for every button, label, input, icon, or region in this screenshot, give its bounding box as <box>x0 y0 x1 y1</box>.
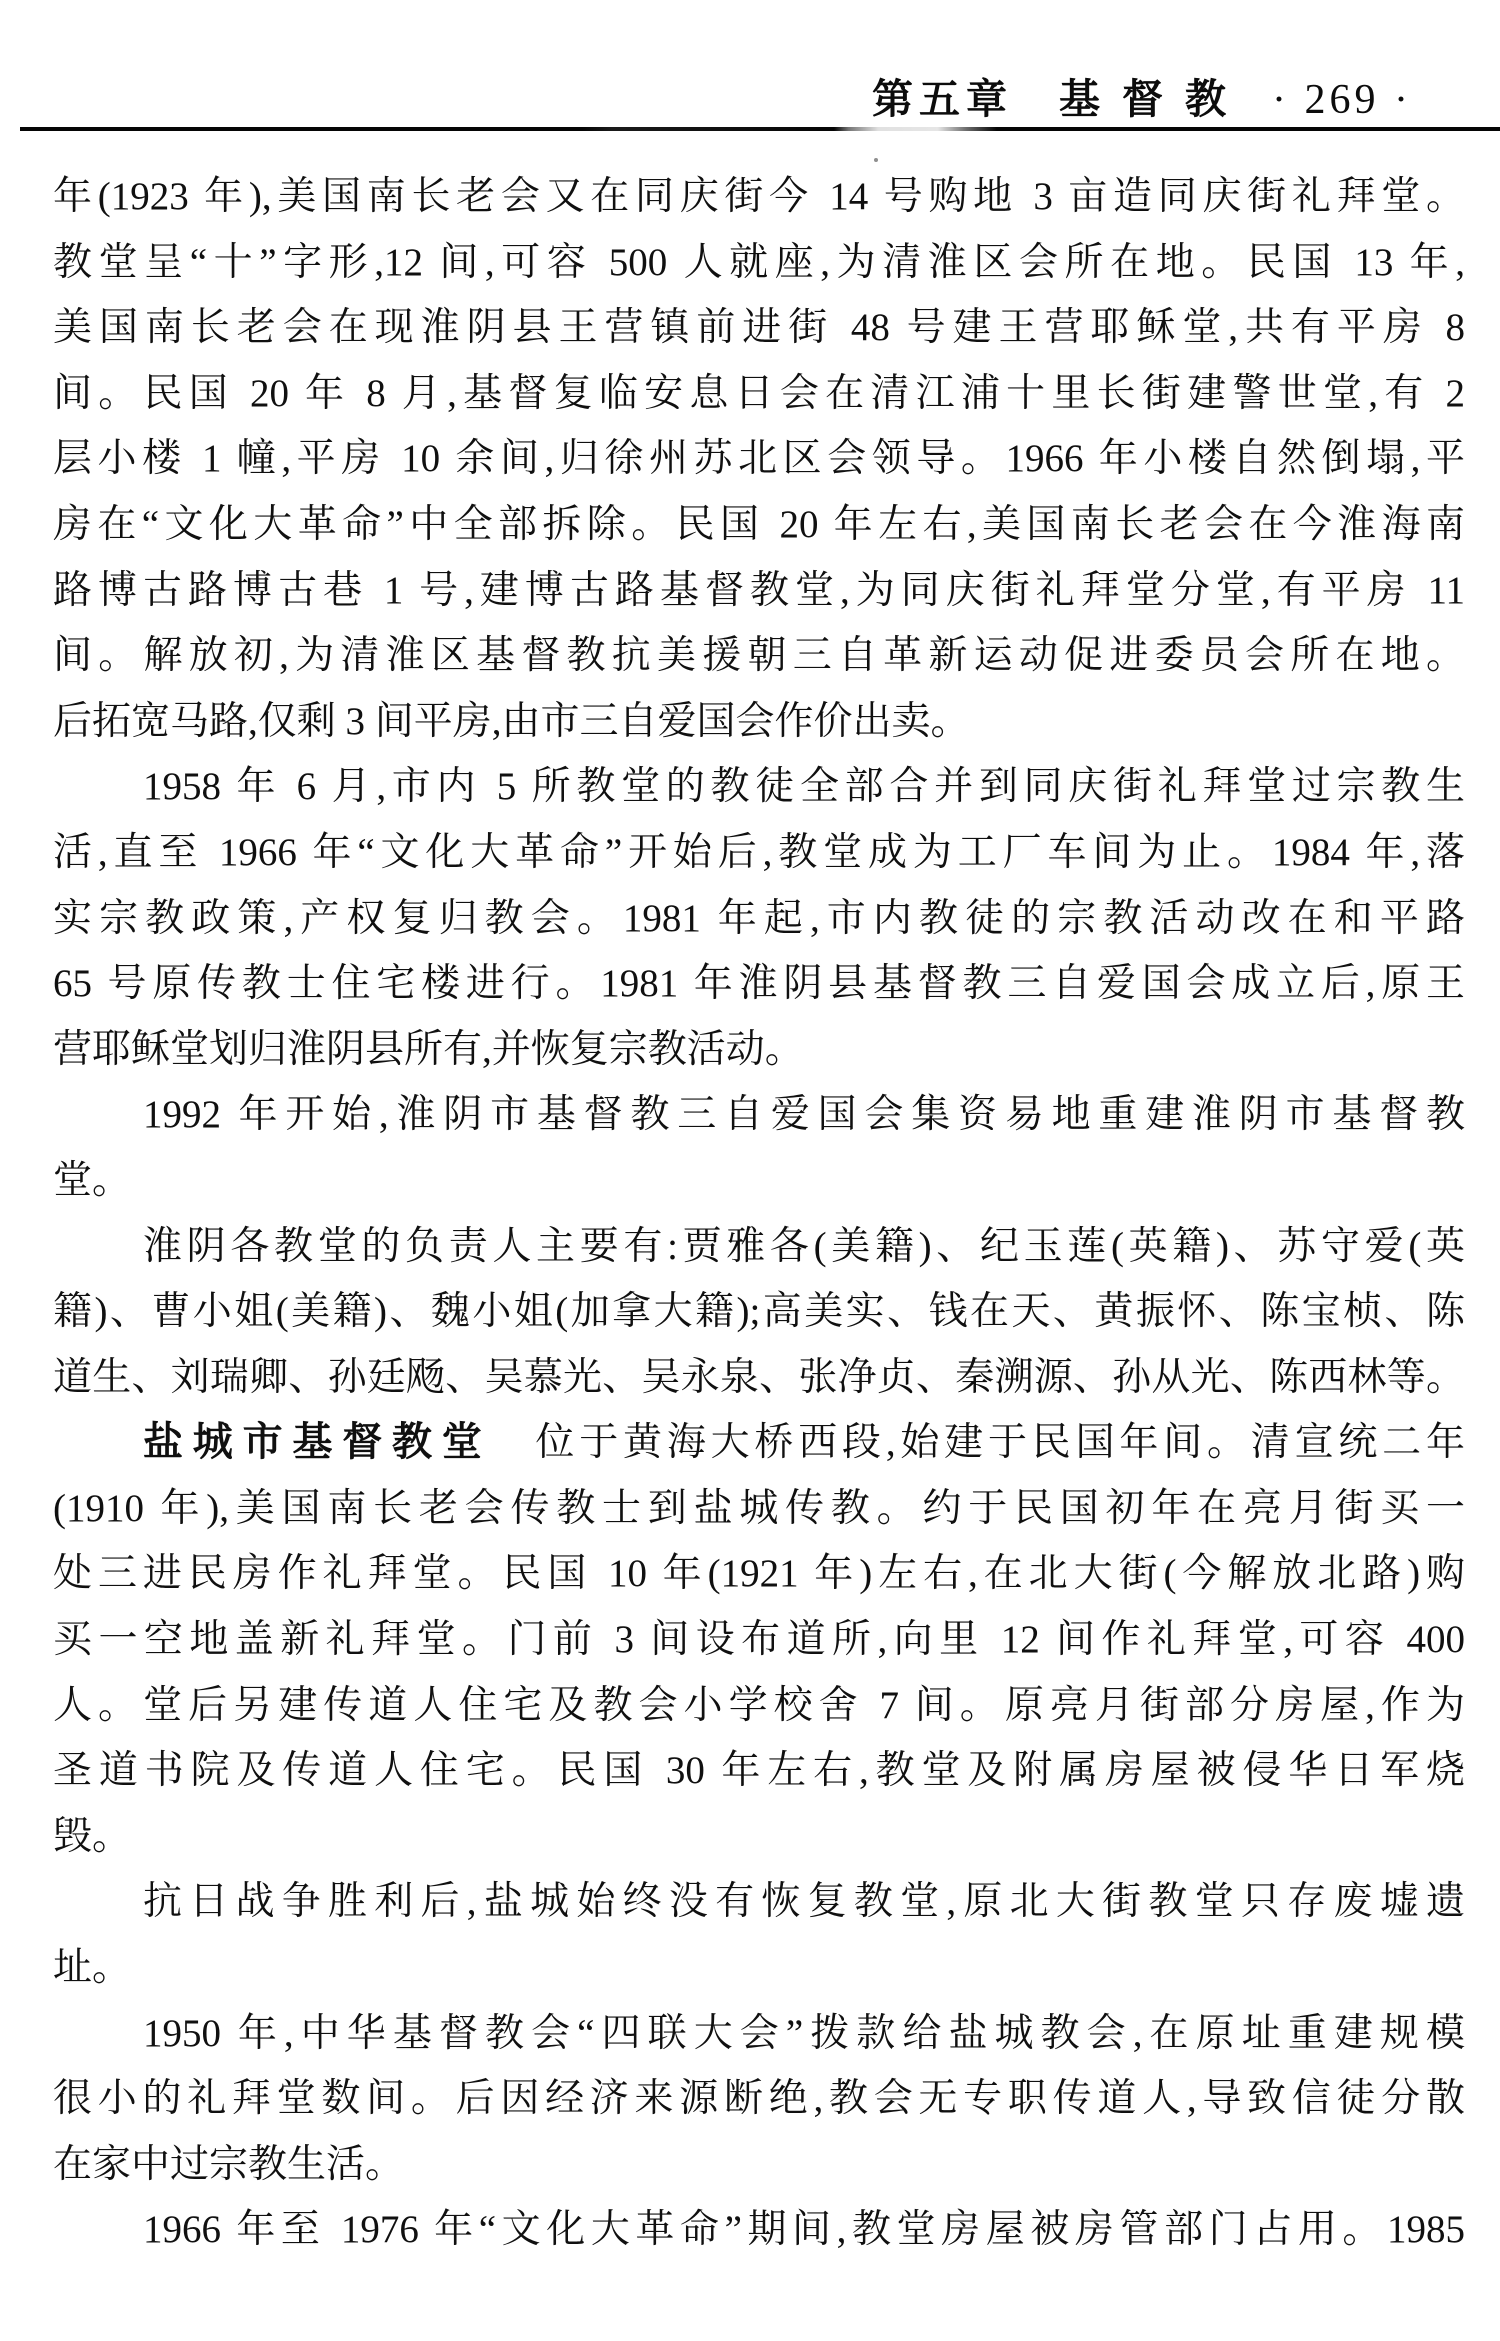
text-line: 人。堂后另建传道人住宅及教会小学校舍 7 间。原亮月街部分房屋,作为 <box>53 1673 1465 1739</box>
chapter-label: 第五章 <box>872 66 1013 125</box>
text-line: 活,直至 1966 年“文化大革命”开始后,教堂成为工厂车间为止。1984 年,… <box>53 820 1465 886</box>
text-line: 处三进民房作礼拜堂。民国 10 年(1921 年)左右,在北大街(今解放北路)购 <box>53 1541 1465 1607</box>
text-line: 间。民国 20 年 8 月,基督复临安息日会在清江浦十里长街建警世堂,有 2 <box>53 361 1465 427</box>
subsection-heading: 盐城市基督教堂 <box>143 1420 492 1464</box>
text-line: 层小楼 1 幢,平房 10 余间,归徐州苏北区会领导。1966 年小楼自然倒塌,… <box>53 426 1465 492</box>
text-line: 1992 年开始,淮阴市基督教三自爱国会集资易地重建淮阴市基督教 <box>53 1082 1465 1148</box>
text-line: 道生、刘瑞卿、孙廷飏、吴慕光、吴永泉、张净贞、秦溯源、孙从光、陈西林等。 <box>53 1345 1465 1411</box>
scan-speck <box>874 158 878 162</box>
text-line: 圣道书院及传道人住宅。民国 30 年左右,教堂及附属房屋被侵华日军烧 <box>53 1738 1465 1804</box>
text-line: 抗日战争胜利后,盐城始终没有恢复教堂,原北大街教堂只存废墟遗 <box>53 1869 1465 1935</box>
text-line: 1966 年至 1976 年“文化大革命”期间,教堂房屋被房管部门占用。1985 <box>53 2197 1465 2263</box>
text-line: 间。解放初,为清淮区基督教抗美援朝三自革新运动促进委员会所在地。 <box>53 623 1465 689</box>
text-line: 买一空地盖新礼拜堂。门前 3 间设布道所,向里 12 间作礼拜堂,可容 400 <box>53 1607 1465 1673</box>
text-line: 路博古路博古巷 1 号,建博古路基督教堂,为同庆街礼拜堂分堂,有平房 11 <box>53 558 1465 624</box>
text-line: 盐城市基督教堂 位于黄海大桥西段,始建于民国年间。清宣统二年 <box>53 1410 1465 1476</box>
text-line: 营耶稣堂划归淮阴县所有,并恢复宗教活动。 <box>53 1017 1465 1083</box>
text-line: 美国南长老会在现淮阴县王营镇前进街 48 号建王营耶稣堂,共有平房 8 <box>53 295 1465 361</box>
text-line: 堂。 <box>53 1148 1465 1214</box>
text-line: 实宗教政策,产权复归教会。1981 年起,市内教徒的宗教活动改在和平路 <box>53 886 1465 952</box>
text-run: 位于黄海大桥西段,始建于民国年间。清宣统二年 <box>492 1421 1465 1464</box>
text-line: 65 号原传教士住宅楼进行。1981 年淮阴县基督教三自爱国会成立后,原王 <box>53 951 1465 1017</box>
text-line: 后拓宽马路,仅剩 3 间平房,由市三自爱国会作价出卖。 <box>53 689 1465 755</box>
text-line: 1958 年 6 月,市内 5 所教堂的教徒全部合并到同庆街礼拜堂过宗教生 <box>53 754 1465 820</box>
text-line: 籍)、曹小姐(美籍)、魏小姐(加拿大籍);高美实、钱在天、黄振怀、陈宝桢、陈 <box>53 1279 1465 1345</box>
text-line: 房在“文化大革命”中全部拆除。民国 20 年左右,美国南长老会在今淮海南 <box>53 492 1465 558</box>
text-line: 址。 <box>53 1935 1465 2001</box>
text-line: (1910 年),美国南长老会传教士到盐城传教。约于民国初年在亮月街买一 <box>53 1476 1465 1542</box>
text-line: 1950 年,中华基督教会“四联大会”拨款给盐城教会,在原址重建规模 <box>53 2001 1465 2067</box>
page-number: · 269 · <box>1272 76 1412 124</box>
section-title: 基督教 <box>1059 66 1248 125</box>
page-body: 年(1923 年),美国南长老会又在同庆街今 14 号购地 3 亩造同庆街礼拜堂… <box>53 164 1465 2263</box>
text-line: 很小的礼拜堂数间。后因经济来源断绝,教会无专职传道人,导致信徒分散 <box>53 2066 1465 2132</box>
book-page: 第五章 基督教 · 269 · 年(1923 年),美国南长老会又在同庆街今 1… <box>0 0 1500 2341</box>
text-line: 在家中过宗教生活。 <box>53 2132 1465 2198</box>
header-divider <box>20 127 1500 131</box>
text-line: 毁。 <box>53 1804 1465 1870</box>
text-line: 淮阴各教堂的负责人主要有:贾雅各(美籍)、纪玉莲(英籍)、苏守爱(英 <box>53 1214 1465 1280</box>
text-line: 教堂呈“十”字形,12 间,可容 500 人就座,为清淮区会所在地。民国 13 … <box>53 230 1465 296</box>
running-header: 第五章 基督教 · 269 · <box>872 66 1412 125</box>
text-line: 年(1923 年),美国南长老会又在同庆街今 14 号购地 3 亩造同庆街礼拜堂… <box>53 164 1465 230</box>
